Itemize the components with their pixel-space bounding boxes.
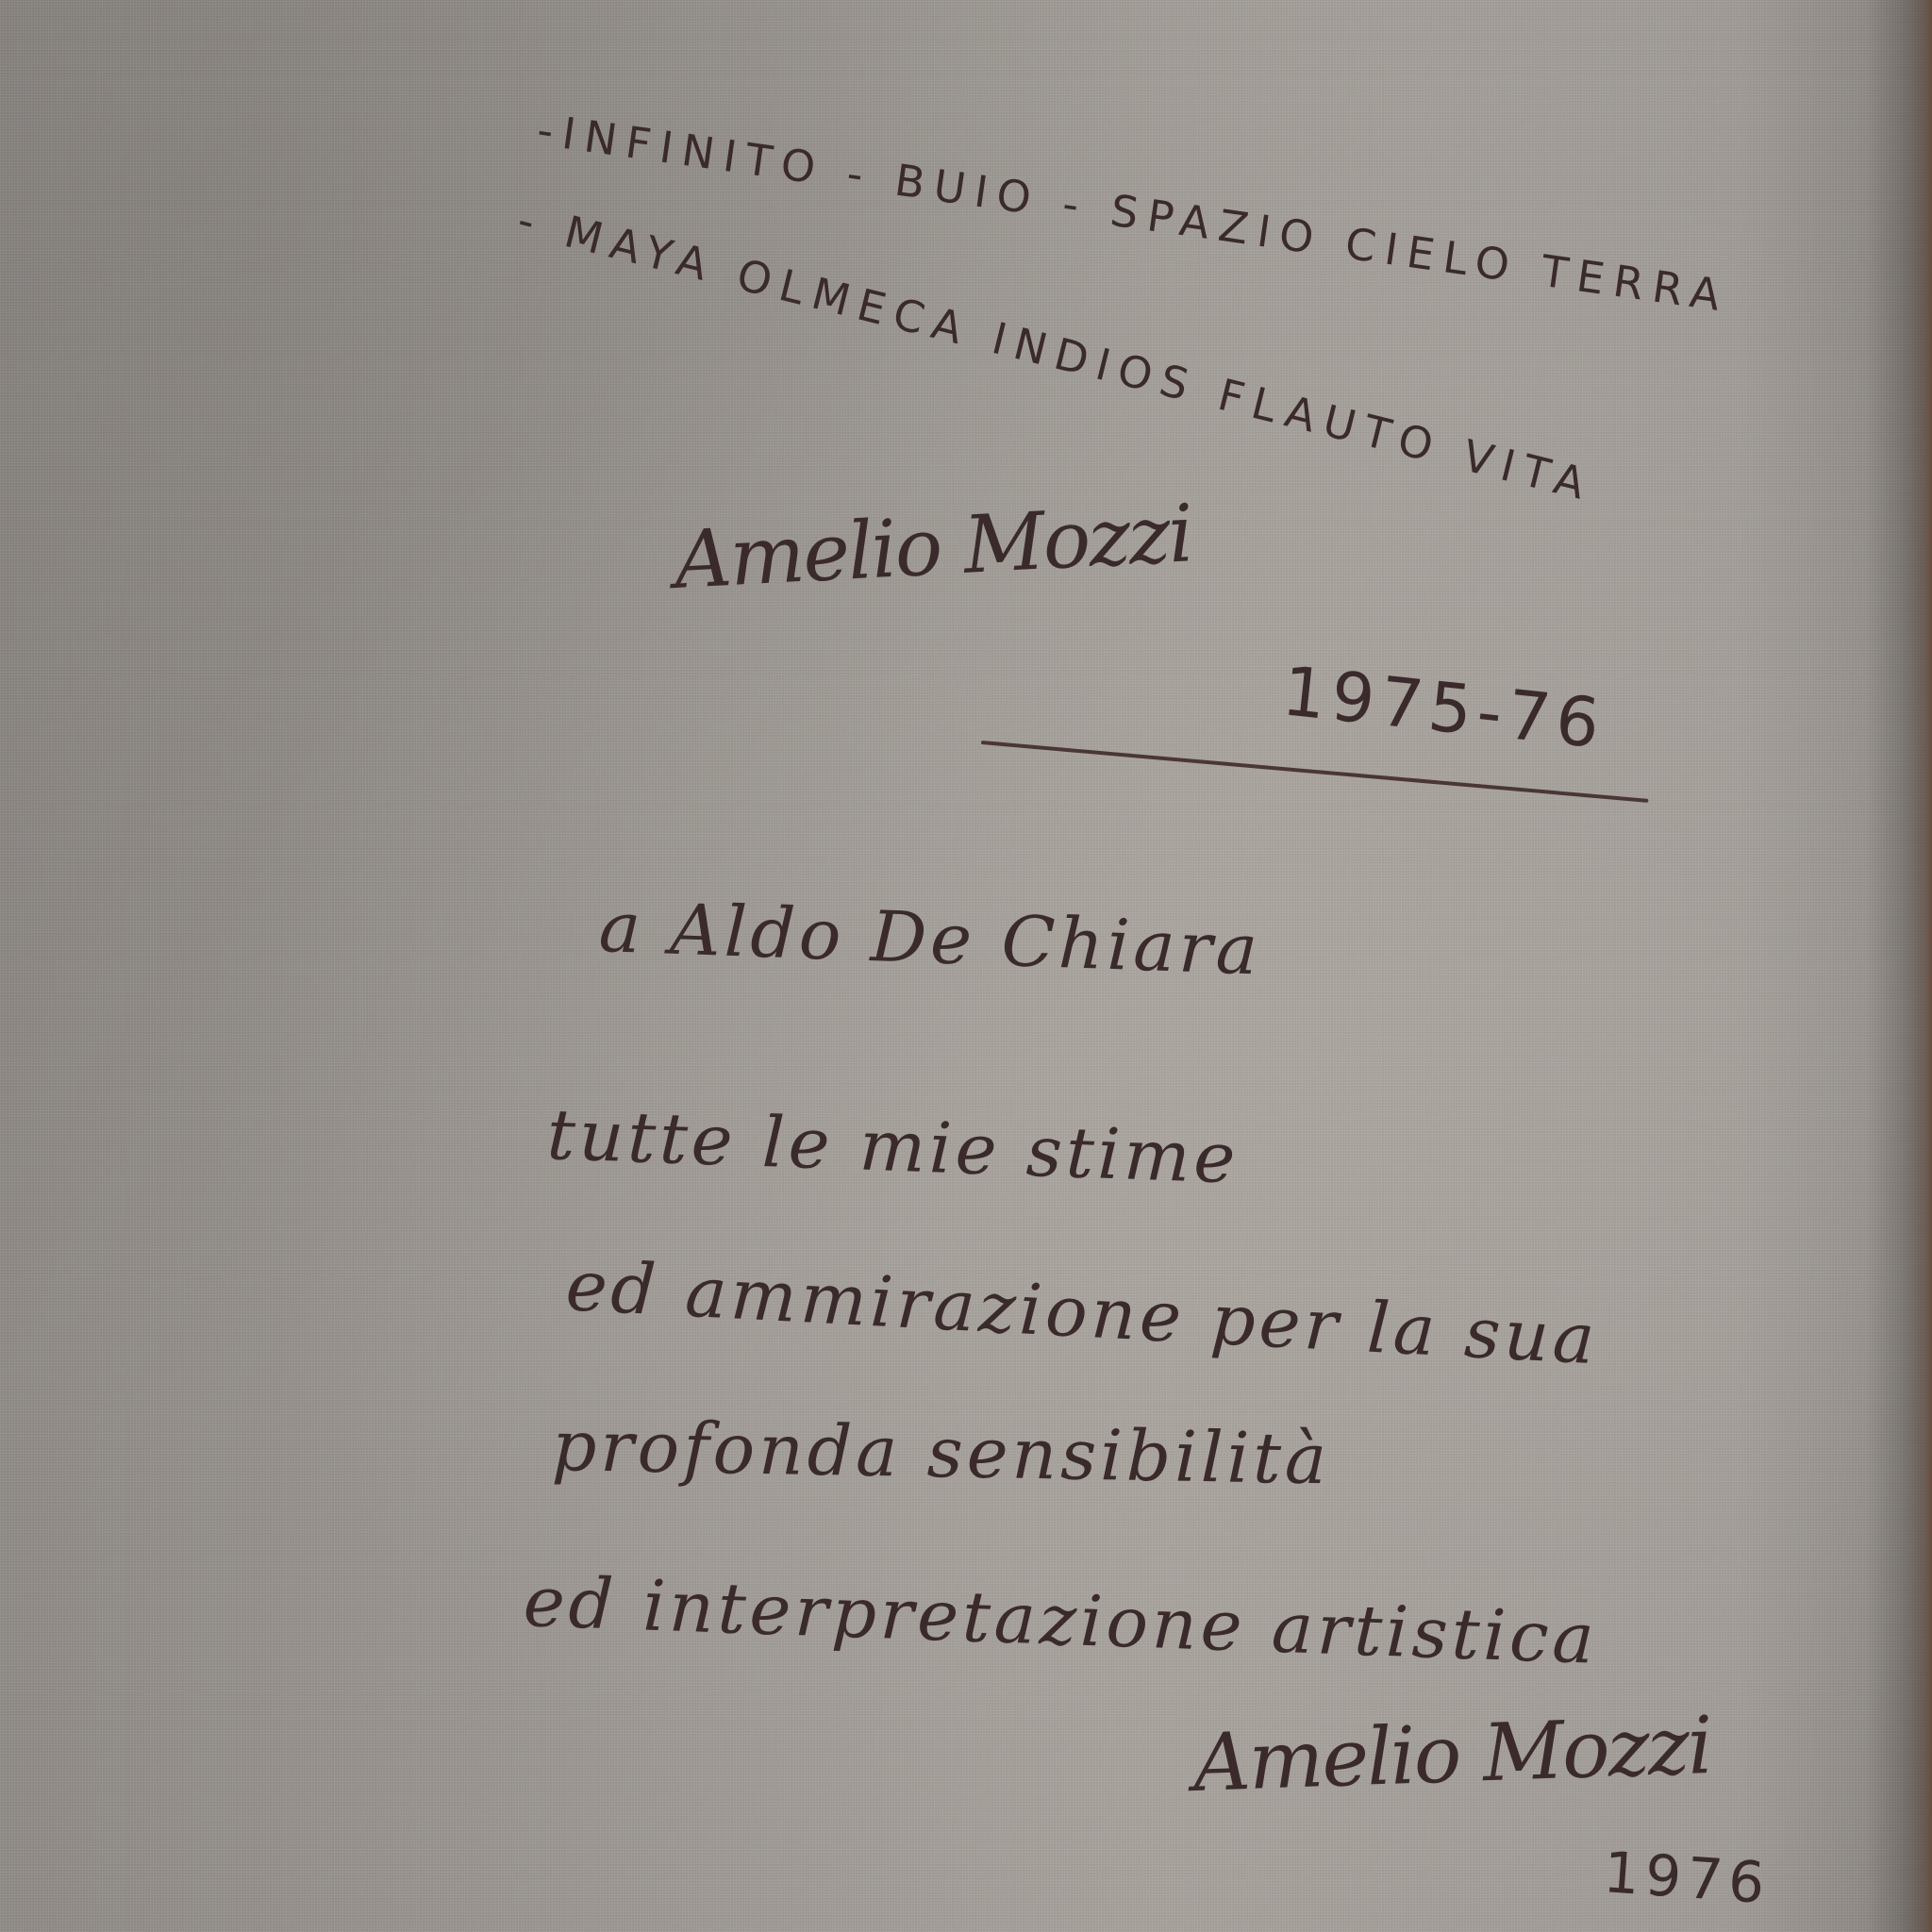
- dedication-line-1: a Aldo De Chiara: [597, 887, 1262, 991]
- signature-top: Amelio Mozzi: [672, 487, 1193, 607]
- dedication-line-4-text: profonda sensibilità: [551, 1406, 1331, 1500]
- dedication-line-4: profonda sensibilità: [551, 1406, 1331, 1500]
- signature-bottom-name: Amelio Mozzi: [1191, 1699, 1712, 1809]
- signature-bottom: Amelio Mozzi: [1191, 1699, 1712, 1809]
- dedication-line-3-text: ed ammirazione per la sua: [564, 1245, 1601, 1380]
- signature-bottom-date-text: 1976: [1602, 1840, 1773, 1917]
- frame-edge: [1866, 0, 1932, 1932]
- signature-bottom-date: 1976: [1602, 1840, 1773, 1917]
- dedication-line-2-text: tutte le mie stime: [545, 1094, 1240, 1200]
- signature-top-name: Amelio Mozzi: [672, 487, 1193, 607]
- dedication-line-1-text: a Aldo De Chiara: [597, 887, 1262, 991]
- dedication-line-5: ed interpretazione artistica: [522, 1561, 1599, 1680]
- signature-top-date-text: 1975-76: [1279, 651, 1609, 763]
- dedication-line-5-text: ed interpretazione artistica: [522, 1561, 1599, 1680]
- signature-top-date: 1975-76: [1279, 651, 1609, 763]
- dedication-line-3: ed ammirazione per la sua: [564, 1245, 1601, 1380]
- dedication-line-2: tutte le mie stime: [545, 1094, 1240, 1200]
